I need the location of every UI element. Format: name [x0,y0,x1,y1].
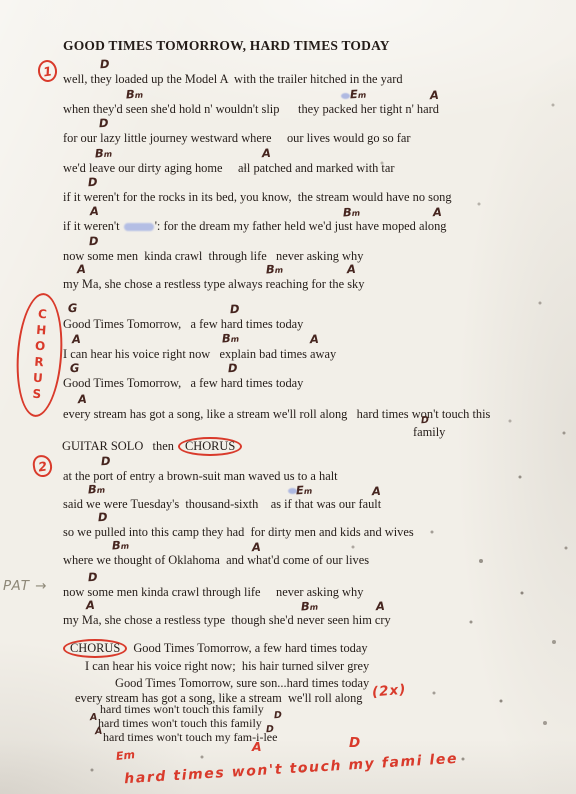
chord-annotation-d: D [88,572,98,584]
chord-annotation-a: A [95,727,103,737]
chord-annotation-a: A [433,207,442,219]
lyric-line-v1-5: if it weren't for the rocks in its bed, … [63,190,452,204]
chord-annotation-a: A [72,334,81,346]
lyric-line-v2-2: said we were Tuesday's thousand-sixth as… [63,497,381,511]
verse-1-number: 1 [42,63,53,79]
chord-annotation-a: A [90,713,98,723]
lyric-line-chorus1-1: Good Times Tomorrow, a few hard times to… [63,317,303,331]
lyric-line-v2-3: so we pulled into this camp they had for… [63,525,414,539]
repeat-2x-note: (2x) [371,682,407,701]
chord-annotation-d: D [228,363,238,375]
lyric-line-chorus2-7: hard times won't touch my fam-i-lee [103,731,277,745]
lyric-line-v1-8: my Ma, she chose a restless type always … [63,277,364,291]
lyric-line-chorus2-3: Good Times Tomorrow, sure son...hard tim… [115,676,369,690]
song-title: GOOD TIMES TOMORROW, HARD TIMES TODAY [63,38,390,54]
lyric-line-chorus1-5: family [413,425,445,439]
circled-chorus-label: CHORUS [178,437,242,456]
chord-annotation-a: A [347,264,356,276]
correction-scribble [124,223,154,231]
verse-2-circled-marker: 2 [32,454,54,478]
blue-ink-mark [288,488,297,494]
chord-annotation-bm: Bm [95,148,113,160]
chord-annotation-d: D [101,456,111,468]
lyric-line-v1-2: when they'd seen she'd hold n' wouldn't … [63,102,439,116]
chord-annotation-bm: Bm [112,540,130,552]
chord-annotation-bm: Bm [126,89,144,101]
chord-annotation-bm: Bm [222,333,240,345]
chord-annotation-d: D [98,512,108,524]
outro-text: hard times won't touch my fami lee [124,751,459,787]
chord-annotation-em: Em [296,485,313,497]
lyric-line-v1-4: we'd leave our dirty aging home all patc… [63,161,395,175]
chord-annotation-a: A [78,394,87,406]
chord-annotation-a: A [310,334,319,346]
lyric-line-guitar-solo: GUITAR SOLO then CHORUS [62,437,245,456]
chorus-margin-circled-annotation: CHORUS [13,292,67,419]
lyric-line-v1-3: for our lazy little journey westward whe… [63,131,411,145]
chord-annotation-a: A [90,206,99,218]
verse-2-number: 2 [37,458,48,474]
chord-annotation-a: A [262,148,271,160]
lyric-line-v1-1: well, they loaded up the Model A with th… [63,72,403,86]
lyric-line-v2-5: now some men kinda crawl through life ne… [63,585,363,599]
lyric-line-chorus2-5: hard times won't touch this family [100,703,264,717]
lyric-line-v2-6: my Ma, she chose a restless type though … [63,613,391,627]
chord-annotation-bm: Bm [88,484,106,496]
lyric-line-chorus1-2: I can hear his voice right now explain b… [63,347,336,361]
chord-annotation-a: A [372,486,381,498]
chord-annotation-a: A [430,90,439,102]
chord-annotation-bm: Bm [266,264,284,276]
chord-annotation-a: A [252,542,261,554]
chord-annotation-d: D [99,118,109,130]
lyric-line-v2-4: where we thought of Oklahoma and what'd … [63,553,369,567]
blue-ink-mark [341,93,350,99]
outro-chord-em: Em [115,748,135,763]
chord-annotation-a: A [86,600,95,612]
outro-chord-d: D [349,735,360,751]
chord-annotation-d: D [89,236,99,248]
lyric-line-v1-7: now some men kinda crawl through life ne… [63,249,363,263]
lyric-line-chorus1-3: Good Times Tomorrow, a few hard times to… [63,376,303,390]
lyric-line-v1-6: if it weren't ': for the dream my father… [63,219,446,233]
chord-annotation-d: D [230,304,240,316]
chord-annotation-a: A [376,601,385,613]
verse-1-circled-marker: 1 [37,59,59,83]
chord-annotation-d: D [88,177,98,189]
circled-chorus-label: CHORUS [63,639,127,658]
chord-annotation-g: G [68,303,78,315]
lyric-line-chorus2-1: CHORUS Good Times Tomorrow, a few hard t… [62,639,368,658]
chord-annotation-g: G [70,363,80,375]
lyric-line-v2-1: at the port of entry a brown-suit man wa… [63,469,338,483]
chord-annotation-em: Em [350,89,367,101]
lyric-line-chorus2-2: I can hear his voice right now; his hair… [85,659,369,673]
pat-pencil-note: PAT → [3,578,48,594]
chord-annotation-a: A [77,264,86,276]
chord-annotation-d: D [274,711,282,721]
chord-annotation-d: D [100,59,110,71]
chord-annotation-bm: Bm [301,601,319,613]
chord-annotation-bm: Bm [343,207,361,219]
chorus-margin-label: CHORUS [29,307,50,404]
scanned-song-sheet-page: GOOD TIMES TOMORROW, HARD TIMES TODAY 1 … [0,0,576,794]
paper-specks [0,0,2,2]
lyric-line-chorus2-6: hard times won't touch this family [98,717,262,731]
